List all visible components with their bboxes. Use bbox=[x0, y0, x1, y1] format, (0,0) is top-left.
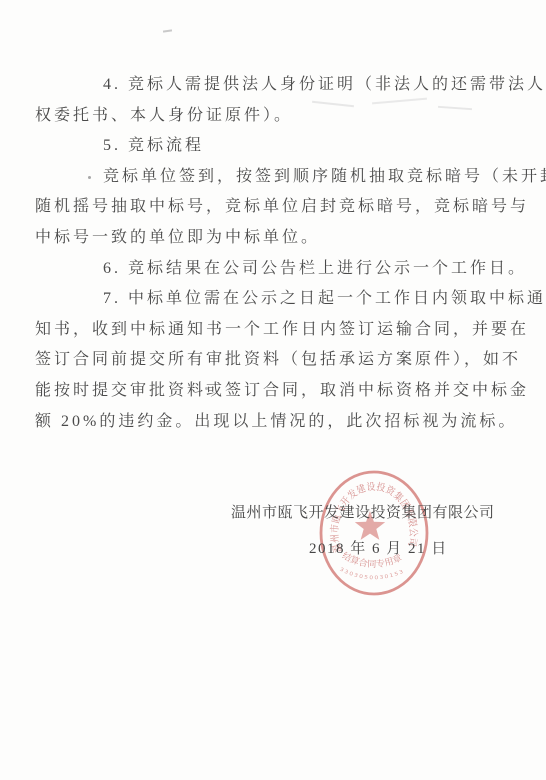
text-line: 6. 竞标结果在公司公告栏上进行公示一个工作日。 bbox=[35, 254, 525, 285]
company-name: 温州市瓯飞开发建设投资集团有限公司 bbox=[231, 504, 495, 522]
signature-date: 2018 年 6 月 21 日 bbox=[309, 540, 448, 558]
text-line: 签订合同前提交所有审批资料（包括承运方案原件），如不 bbox=[35, 345, 525, 376]
text-line: 知书，收到中标通知书一个工作日内签订运输合同，并要在 bbox=[35, 315, 525, 346]
company-seal: 温州市瓯飞开发建设投资集团有限公司 结算合同专用章 3303050030153 bbox=[300, 455, 460, 615]
text-line: 7. 中标单位需在公示之日起一个工作日内领取中标通 bbox=[35, 284, 525, 315]
text-line: 竞标单位签到，按签到顺序随机抽取竞标暗号（未开封）， bbox=[35, 162, 525, 193]
scan-artifact-dash bbox=[163, 29, 172, 32]
text-line: 中标号一致的单位即为中标单位。 bbox=[35, 223, 525, 254]
text-line: 5. 竞标流程 bbox=[35, 131, 525, 162]
text-line: 随机摇号抽取中标号，竞标单位启封竞标暗号，竞标暗号与 bbox=[35, 192, 525, 223]
text-line: 4. 竞标人需提供法人身份证明（非法人的还需带法人授 bbox=[35, 70, 525, 101]
text-line: 权委托书、本人身份证原件）。 bbox=[35, 101, 525, 132]
text-line: 能按时提交审批资料或签订合同，取消中标资格并交中标金 bbox=[35, 376, 525, 407]
document-page: 温州市瓯飞开发建设投资集团有限公司 结算合同专用章 3303050030153 … bbox=[0, 0, 546, 780]
text-line: 额 20%的违约金。出现以上情况的，此次招标视为流标。 bbox=[35, 407, 525, 438]
body-text: 4. 竞标人需提供法人身份证明（非法人的还需带法人授权委托书、本人身份证原件）。… bbox=[35, 70, 525, 437]
